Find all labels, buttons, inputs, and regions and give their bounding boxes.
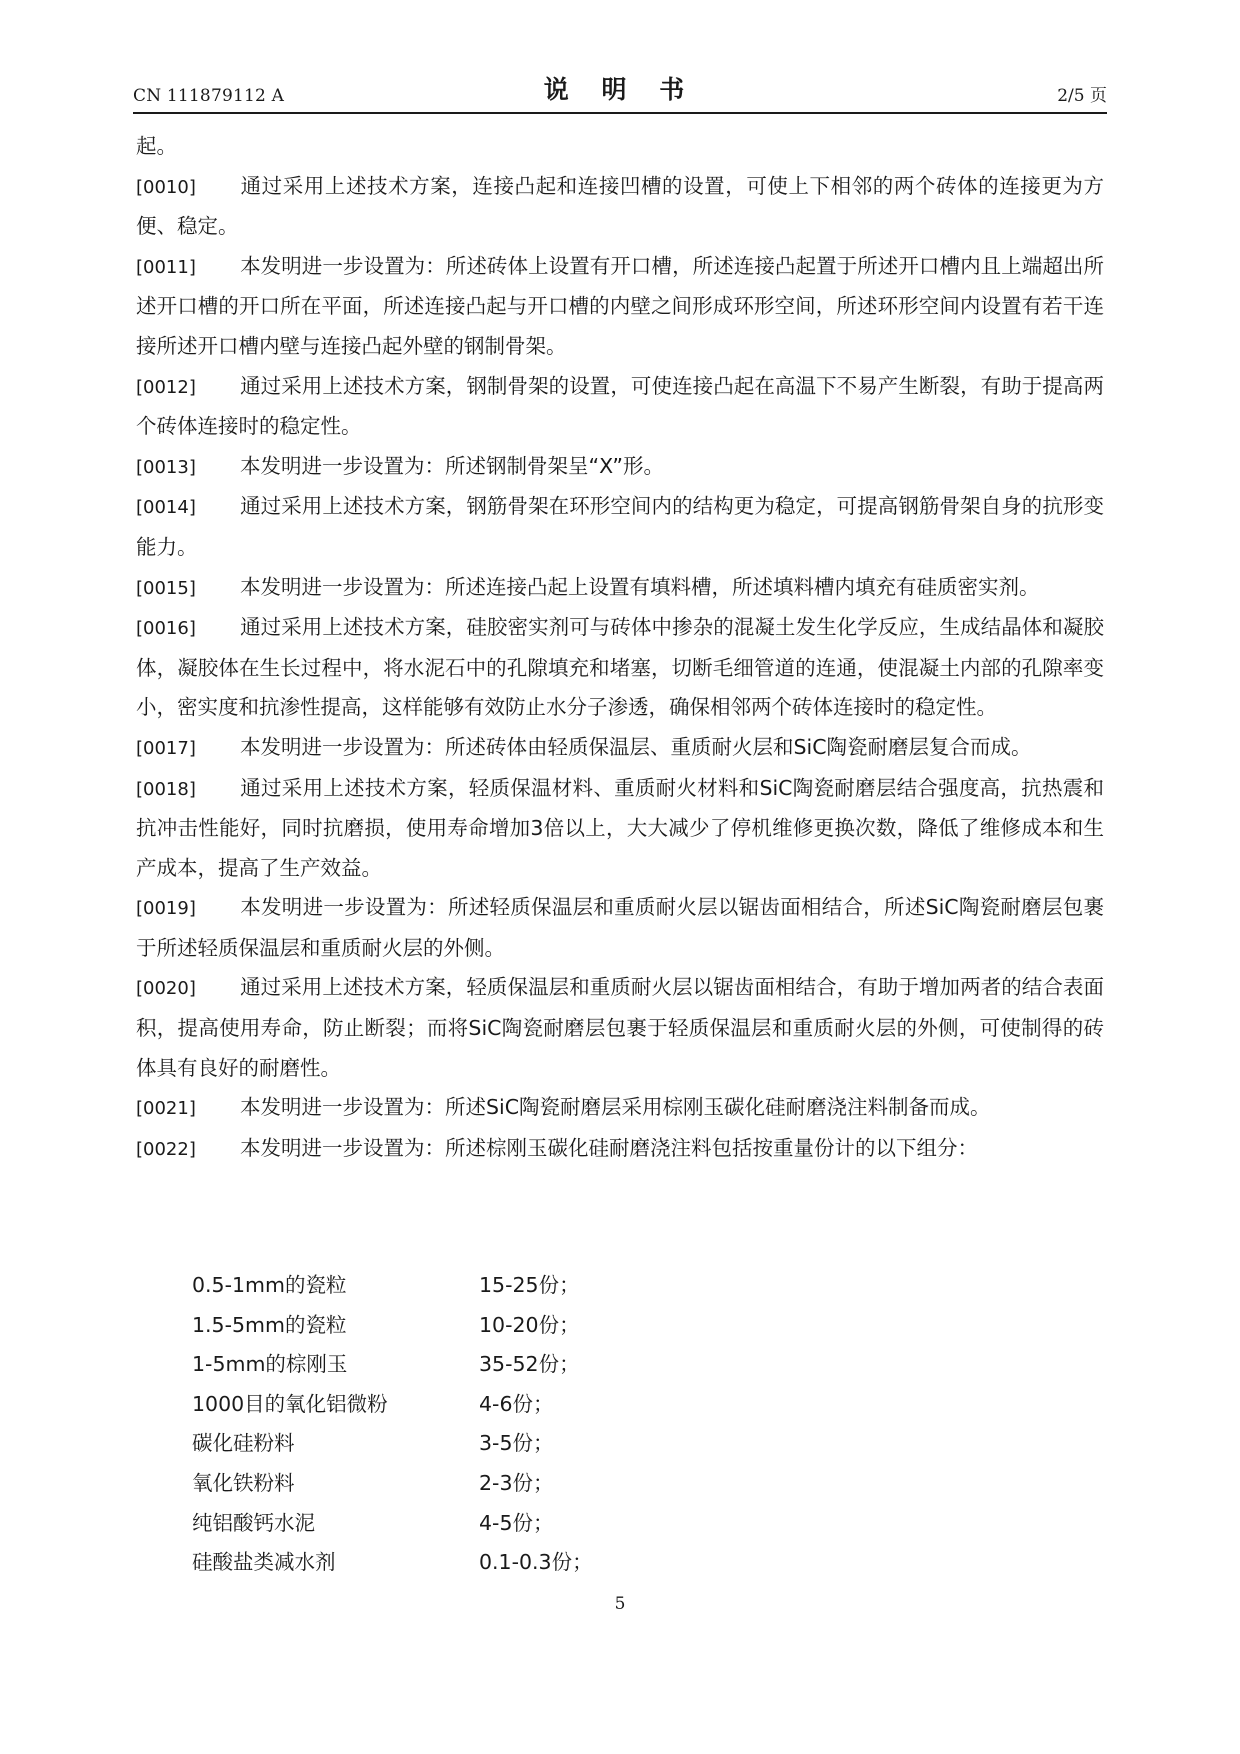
paragraph-number: [0020] [136, 969, 240, 1009]
paragraph-0011: [0011]本发明进一步设置为：所述砖体上设置有开口槽，所述连接凸起置于所述开口… [136, 247, 1104, 367]
document-title: 说 明 书 [133, 70, 1107, 106]
paragraph-text: 通过采用上述技术方案，轻质保温层和重质耐火层以锯齿面相结合，有助于增加两者的结合… [136, 975, 1104, 1079]
component-amount: 3-5份； [479, 1424, 553, 1464]
component-row: 1-5mm的棕刚玉35-52份； [192, 1345, 593, 1385]
continuation-text: 起。 [136, 127, 1104, 167]
component-name: 纯铝酸钙水泥 [192, 1504, 479, 1544]
component-name: 0.5-1mm的瓷粒 [192, 1266, 479, 1306]
component-row: 碳化硅粉料3-5份； [192, 1424, 593, 1464]
component-row: 硅酸盐类减水剂0.1-0.3份； [192, 1543, 593, 1583]
paragraph-0013: [0013]本发明进一步设置为：所述钢制骨架呈“X”形。 [136, 447, 1104, 488]
component-name: 硅酸盐类减水剂 [192, 1543, 479, 1583]
component-name: 1000目的氧化铝微粉 [192, 1385, 479, 1425]
paragraph-number: [0016] [136, 609, 240, 649]
component-row: 纯铝酸钙水泥4-5份； [192, 1504, 593, 1544]
paragraph-text: 通过采用上述技术方案，硅胶密实剂可与砖体中掺杂的混凝土发生化学反应，生成结晶体和… [136, 615, 1104, 719]
component-amount: 0.1-0.3份； [479, 1543, 593, 1583]
paragraph-text: 通过采用上述技术方案，钢筋骨架在环形空间内的结构更为稳定，可提高钢筋骨架自身的抗… [136, 494, 1104, 559]
paragraph-0010: [0010]通过采用上述技术方案，连接凸起和连接凹槽的设置，可使上下相邻的两个砖… [136, 167, 1104, 247]
paragraph-number: [0011] [136, 248, 240, 288]
paragraph-0019: [0019]本发明进一步设置为：所述轻质保温层和重质耐火层以锯齿面相结合，所述S… [136, 888, 1104, 968]
component-amount: 2-3份； [479, 1464, 553, 1504]
page-indicator: 2/5 页 [1057, 81, 1107, 106]
paragraph-number: [0010] [136, 168, 240, 208]
component-row: 0.5-1mm的瓷粒15-25份； [192, 1266, 593, 1306]
header-rule [133, 112, 1107, 114]
paragraph-text: 通过采用上述技术方案，连接凸起和连接凹槽的设置，可使上下相邻的两个砖体的连接更为… [136, 174, 1104, 239]
paragraph-text: 本发明进一步设置为：所述SiC陶瓷耐磨层采用棕刚玉碳化硅耐磨浇注料制备而成。 [240, 1095, 991, 1119]
paragraph-0020: [0020]通过采用上述技术方案，轻质保温层和重质耐火层以锯齿面相结合，有助于增… [136, 968, 1104, 1088]
page-number: 5 [0, 1594, 1240, 1614]
paragraph-text: 本发明进一步设置为：所述钢制骨架呈“X”形。 [240, 454, 664, 478]
paragraph-number: [0017] [136, 729, 240, 769]
component-row: 氧化铁粉料2-3份； [192, 1464, 593, 1504]
component-amount: 10-20份； [479, 1306, 580, 1346]
component-amount: 4-5份； [479, 1504, 553, 1544]
paragraph-0017: [0017]本发明进一步设置为：所述砖体由轻质保温层、重质耐火层和SiC陶瓷耐磨… [136, 728, 1104, 769]
component-row: 1000目的氧化铝微粉4-6份； [192, 1385, 593, 1425]
paragraph-0015: [0015]本发明进一步设置为：所述连接凸起上设置有填料槽，所述填料槽内填充有硅… [136, 568, 1104, 609]
paragraph-text: 本发明进一步设置为：所述砖体上设置有开口槽，所述连接凸起置于所述开口槽内且上端超… [136, 254, 1104, 358]
paragraph-number: [0015] [136, 569, 240, 609]
component-amount: 35-52份； [479, 1345, 580, 1385]
paragraph-0016: [0016]通过采用上述技术方案，硅胶密实剂可与砖体中掺杂的混凝土发生化学反应，… [136, 608, 1104, 728]
component-amount: 15-25份； [479, 1266, 580, 1306]
component-name: 氧化铁粉料 [192, 1464, 479, 1504]
document-body: 起。 [0010]通过采用上述技术方案，连接凸起和连接凹槽的设置，可使上下相邻的… [136, 127, 1104, 1169]
component-name: 碳化硅粉料 [192, 1424, 479, 1464]
paragraph-text: 通过采用上述技术方案，轻质保温材料、重质耐火材料和SiC陶瓷耐磨层结合强度高，抗… [136, 776, 1104, 880]
paragraph-number: [0022] [136, 1130, 240, 1170]
paragraph-number: [0019] [136, 889, 240, 929]
page-header: CN 111879112 A 说 明 书 2/5 页 [133, 70, 1107, 110]
paragraph-number: [0014] [136, 488, 240, 528]
paragraph-number: [0021] [136, 1089, 240, 1129]
paragraph-0014: [0014]通过采用上述技术方案，钢筋骨架在环形空间内的结构更为稳定，可提高钢筋… [136, 487, 1104, 567]
paragraph-0018: [0018]通过采用上述技术方案，轻质保温材料、重质耐火材料和SiC陶瓷耐磨层结… [136, 769, 1104, 889]
paragraph-text: 本发明进一步设置为：所述砖体由轻质保温层、重质耐火层和SiC陶瓷耐磨层复合而成。 [240, 735, 1032, 759]
component-name: 1-5mm的棕刚玉 [192, 1345, 479, 1385]
component-list: 0.5-1mm的瓷粒15-25份； 1.5-5mm的瓷粒10-20份； 1-5m… [192, 1266, 593, 1583]
component-name: 1.5-5mm的瓷粒 [192, 1306, 479, 1346]
paragraph-number: [0018] [136, 770, 240, 810]
component-amount: 4-6份； [479, 1385, 553, 1425]
paragraph-text: 本发明进一步设置为：所述轻质保温层和重质耐火层以锯齿面相结合，所述SiC陶瓷耐磨… [136, 895, 1104, 960]
paragraph-text: 本发明进一步设置为：所述连接凸起上设置有填料槽，所述填料槽内填充有硅质密实剂。 [240, 575, 1040, 599]
component-row: 1.5-5mm的瓷粒10-20份； [192, 1306, 593, 1346]
paragraph-text: 本发明进一步设置为：所述棕刚玉碳化硅耐磨浇注料包括按重量份计的以下组分： [240, 1136, 978, 1160]
paragraph-0012: [0012]通过采用上述技术方案，钢制骨架的设置，可使连接凸起在高温下不易产生断… [136, 367, 1104, 447]
paragraph-number: [0013] [136, 448, 240, 488]
paragraph-0021: [0021]本发明进一步设置为：所述SiC陶瓷耐磨层采用棕刚玉碳化硅耐磨浇注料制… [136, 1088, 1104, 1129]
paragraph-text: 通过采用上述技术方案，钢制骨架的设置，可使连接凸起在高温下不易产生断裂，有助于提… [136, 374, 1104, 439]
paragraph-0022: [0022]本发明进一步设置为：所述棕刚玉碳化硅耐磨浇注料包括按重量份计的以下组… [136, 1129, 1104, 1170]
paragraph-number: [0012] [136, 368, 240, 408]
